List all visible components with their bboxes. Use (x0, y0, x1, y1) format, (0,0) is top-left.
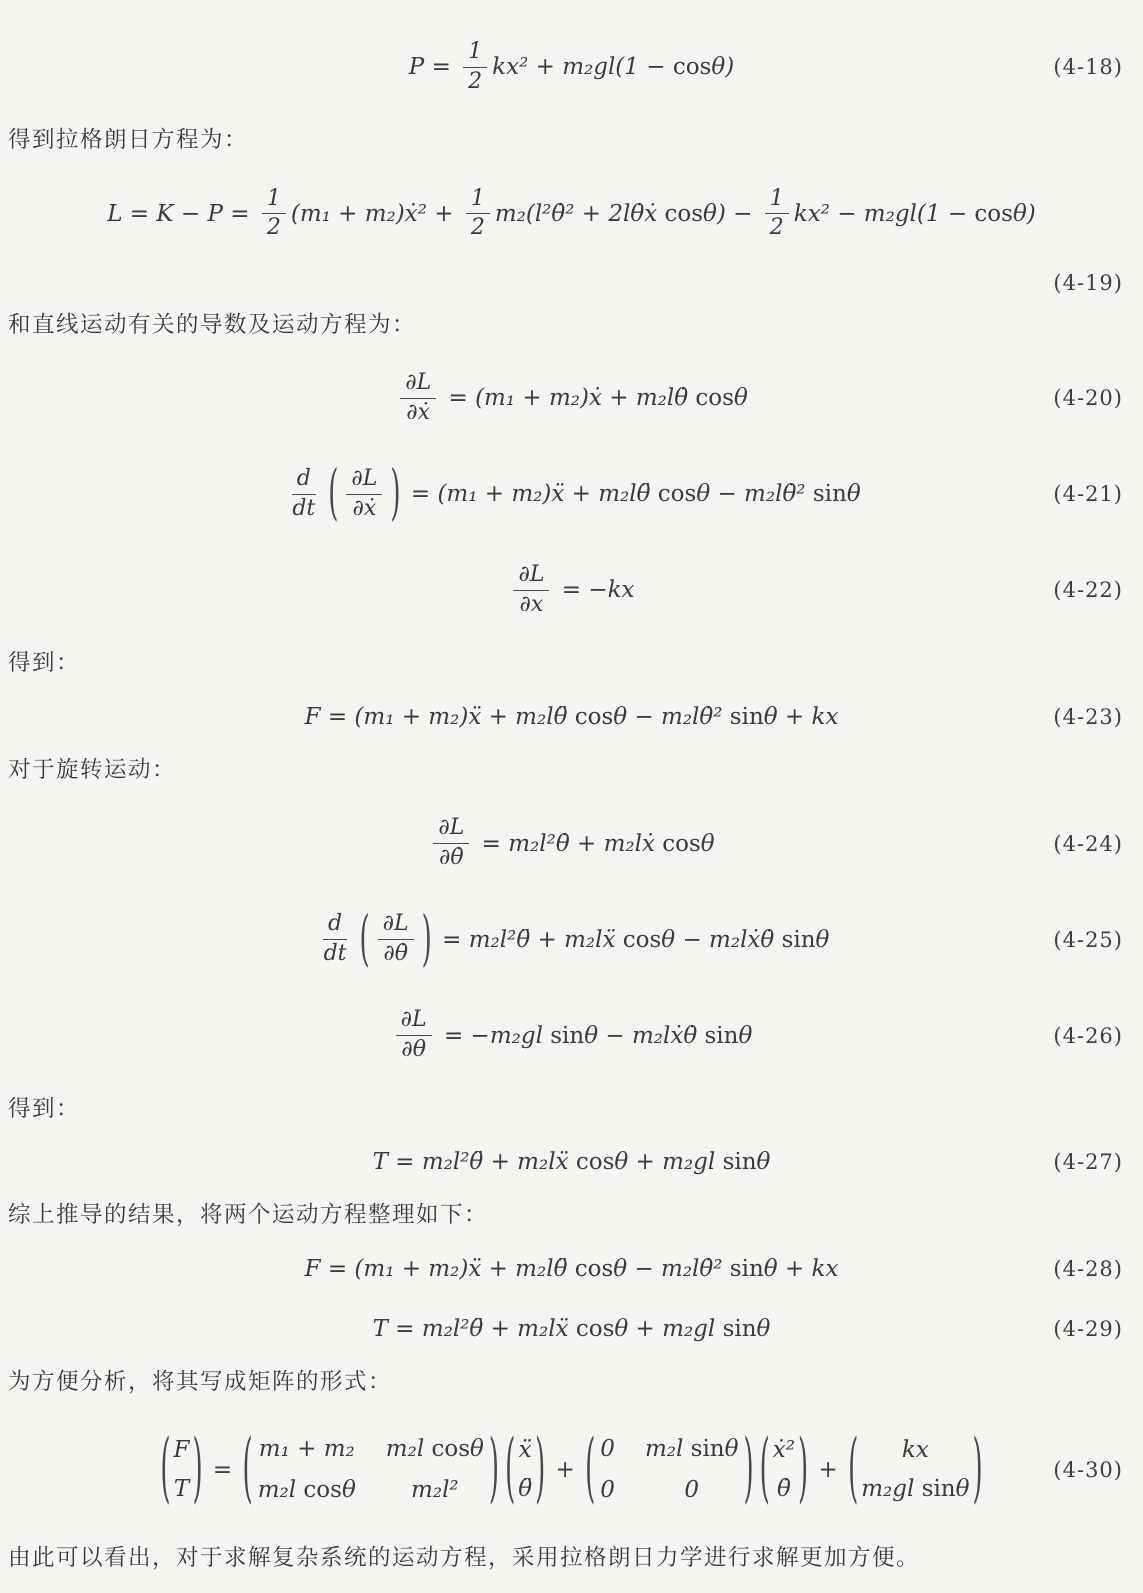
fraction: ∂L∂θ̇ (433, 816, 469, 870)
column-vector: (ẍθ̈) (504, 1438, 546, 1503)
big-paren: ( (360, 905, 370, 974)
equation-body: F = (m₁ + m₂)ẍ + m₂lθ̈ cosθ − m₂lθ̇² sin… (305, 704, 839, 730)
fraction: ∂L∂x (513, 563, 549, 617)
equation-text: m₁ + m₂ (259, 1437, 355, 1462)
paragraph: 得到： (8, 1093, 1135, 1126)
equation-text: = (m₁ + m₂)ẋ + m₂lθ̇ cosθ (441, 385, 748, 411)
equation-text: θ̇ (777, 1477, 791, 1502)
equation-text: F = (m₁ + m₂)ẍ + m₂lθ̈ cosθ − m₂lθ̇² sin… (305, 1256, 839, 1282)
equation-number: (4-19) (8, 271, 1135, 295)
fraction: ∂L∂θ̇ (378, 912, 414, 966)
equation-body: P = 12kx² + m₂gl(1 − cosθ) (409, 40, 734, 94)
equation-number: (4-22) (1053, 578, 1123, 602)
equation-text: m₂gl sinθ (861, 1477, 969, 1502)
equation-text: m₂l sinθ (645, 1437, 739, 1462)
equation-body: ∂L∂θ = −m₂gl sinθ − m₂lẋθ̇ sinθ (391, 1008, 753, 1062)
equation-text: 0 (684, 1478, 699, 1503)
equation-number: (4-27) (1053, 1150, 1123, 1174)
fraction: 12 (262, 187, 286, 241)
equation-text: + (548, 1457, 582, 1483)
equation-text: kx (902, 1438, 929, 1463)
equation-text: T = m₂l²θ̈ + m₂lẍ cosθ + m₂gl sinθ (373, 1149, 771, 1175)
column-vector: (kxm₂gl sinθ) (847, 1438, 984, 1503)
fraction: 12 (463, 40, 487, 94)
equation-text: m₂l² (411, 1478, 459, 1503)
equation-text: θ̈ (518, 1477, 532, 1502)
equation-number: (4-21) (1053, 482, 1123, 506)
equation-number: (4-24) (1053, 832, 1123, 856)
equation-number: (4-18) (1053, 55, 1123, 79)
equation-4-30: (FT) = (m₁ + m₂m₂l cosθm₂l cosθm₂l²)(ẍθ̈… (8, 1418, 1135, 1522)
big-paren: ) (422, 905, 432, 974)
equation-text: (m₁ + m₂)ẋ² + (291, 201, 461, 227)
equation-number: (4-26) (1053, 1024, 1123, 1048)
equation-body: ddt(∂L∂θ̇) = m₂l²θ̈ + m₂lẍ cosθ − m₂lẋθ̇… (314, 912, 830, 966)
equation-4-24: ∂L∂θ̇ = m₂l²θ̇ + m₂lẋ cosθ(4-24) (8, 805, 1135, 883)
equation-number: (4-30) (1053, 1458, 1123, 1482)
equation-text: = m₂l²θ̈ + m₂lẍ cosθ − m₂lẋθ̇ sinθ (435, 927, 830, 953)
equation-text: = −kx (554, 577, 634, 603)
fraction: ddt (287, 467, 320, 521)
equation-text: m₂(l²θ̇² + 2lθ̇ẋ cosθ) − (495, 201, 760, 227)
paragraph: 为方便分析，将其写成矩阵的形式： (8, 1366, 1135, 1399)
equation-number: (4-25) (1053, 928, 1123, 952)
equation-text: T = m₂l²θ̈ + m₂lẍ cosθ + m₂gl sinθ (373, 1316, 771, 1342)
equation-text: L = K − P = (107, 201, 257, 227)
fraction: ddt (319, 912, 352, 966)
equation-text: kx² − m₂gl(1 − cosθ) (794, 201, 1036, 227)
equation-4-19: L = K − P = 12(m₁ + m₂)ẋ² + 12m₂(l²θ̇² +… (8, 175, 1135, 253)
equation-4-18: P = 12kx² + m₂gl(1 − cosθ)(4-18) (8, 28, 1135, 106)
big-paren: ( (328, 460, 338, 529)
equation-number: (4-29) (1053, 1317, 1123, 1341)
big-paren: ) (390, 460, 400, 529)
equation-body: T = m₂l²θ̈ + m₂lẍ cosθ + m₂gl sinθ (373, 1316, 771, 1342)
paragraph: 由此可以看出，对于求解复杂系统的运动方程，采用拉格朗日力学进行求解更加方便。 (8, 1542, 1135, 1575)
equation-text: m₂l cosθ (258, 1478, 356, 1503)
equation-text: F (174, 1438, 190, 1463)
equation-body: ∂L∂θ̇ = m₂l²θ̇ + m₂lẋ cosθ (428, 816, 714, 870)
matrix-2x2: (0m₂l sinθ00) (584, 1437, 755, 1504)
equation-number: (4-28) (1053, 1257, 1123, 1281)
equation-text: 0 (600, 1478, 615, 1503)
equation-4-26: ∂L∂θ = −m₂gl sinθ − m₂lẋθ̇ sinθ(4-26) (8, 997, 1135, 1075)
equation-4-29: T = m₂l²θ̈ + m₂lẍ cosθ + m₂gl sinθ(4-29) (8, 1306, 1135, 1352)
column-vector: (ẋ²θ̇) (759, 1438, 810, 1503)
document-page: P = 12kx² + m₂gl(1 − cosθ)(4-18)得到拉格朗日方程… (8, 28, 1135, 1575)
equation-number: (4-20) (1053, 386, 1123, 410)
fraction: ∂L∂θ (396, 1008, 432, 1062)
equation-4-28: F = (m₁ + m₂)ẍ + m₂lθ̈ cosθ − m₂lθ̇² sin… (8, 1246, 1135, 1292)
equation-4-25: ddt(∂L∂θ̇) = m₂l²θ̈ + m₂lẍ cosθ − m₂lẋθ̇… (8, 901, 1135, 979)
equation-body: (FT) = (m₁ + m₂m₂l cosθm₂l cosθm₂l²)(ẍθ̈… (157, 1437, 985, 1504)
equation-body: F = (m₁ + m₂)ẍ + m₂lθ̈ cosθ − m₂lθ̇² sin… (305, 1256, 839, 1282)
equation-4-22: ∂L∂x = −kx(4-22) (8, 551, 1135, 629)
equation-text: T (174, 1477, 189, 1502)
equation-text: + (811, 1457, 845, 1483)
equation-text: m₂l cosθ (386, 1437, 484, 1462)
equation-text: = (m₁ + m₂)ẍ + m₂lθ̈ cosθ − m₂lθ̇² sinθ (404, 481, 861, 507)
equation-text: F = (m₁ + m₂)ẍ + m₂lθ̈ cosθ − m₂lθ̇² sin… (305, 704, 839, 730)
equation-body: L = K − P = 12(m₁ + m₂)ẋ² + 12m₂(l²θ̇² +… (107, 187, 1036, 241)
matrix-2x2: (m₁ + m₂m₂l cosθm₂l cosθm₂l²) (242, 1437, 501, 1504)
equation-text: = (206, 1457, 240, 1483)
equation-4-20: ∂L∂ẋ = (m₁ + m₂)ẋ + m₂lθ̇ cosθ(4-20) (8, 359, 1135, 437)
equation-4-21: ddt(∂L∂ẋ) = (m₁ + m₂)ẍ + m₂lθ̈ cosθ − m₂… (8, 455, 1135, 533)
equation-number: (4-23) (1053, 705, 1123, 729)
equation-4-27: T = m₂l²θ̈ + m₂lẍ cosθ + m₂gl sinθ(4-27) (8, 1139, 1135, 1185)
equation-text: = m₂l²θ̇ + m₂lẋ cosθ (474, 831, 714, 857)
equation-text: kx² + m₂gl(1 − cosθ) (492, 54, 734, 80)
fraction: 12 (466, 187, 490, 241)
equation-text: 0 (600, 1437, 615, 1462)
paragraph: 和直线运动有关的导数及运动方程为： (8, 309, 1135, 342)
paragraph: 综上推导的结果，将两个运动方程整理如下： (8, 1199, 1135, 1232)
paragraph: 对于旋转运动： (8, 754, 1135, 787)
equation-body: ∂L∂x = −kx (508, 563, 634, 617)
equation-4-23: F = (m₁ + m₂)ẍ + m₂lθ̈ cosθ − m₂lθ̇² sin… (8, 694, 1135, 740)
paragraph: 得到拉格朗日方程为： (8, 124, 1135, 157)
equation-body: ∂L∂ẋ = (m₁ + m₂)ẋ + m₂lθ̇ cosθ (395, 371, 748, 425)
equation-text: ẋ² (773, 1438, 795, 1463)
column-vector: (FT) (159, 1438, 203, 1503)
equation-body: T = m₂l²θ̈ + m₂lẍ cosθ + m₂gl sinθ (373, 1149, 771, 1175)
fraction: ∂L∂ẋ (400, 371, 436, 425)
fraction: ∂L∂ẋ (346, 467, 382, 521)
equation-text: P = (409, 54, 458, 80)
equation-text: ẍ (519, 1438, 532, 1463)
equation-body: ddt(∂L∂ẋ) = (m₁ + m₂)ẍ + m₂lθ̈ cosθ − m₂… (282, 467, 860, 521)
paragraph: 得到： (8, 647, 1135, 680)
equation-text: = −m₂gl sinθ − m₂lẋθ̇ sinθ (437, 1023, 753, 1049)
fraction: 12 (765, 187, 789, 241)
